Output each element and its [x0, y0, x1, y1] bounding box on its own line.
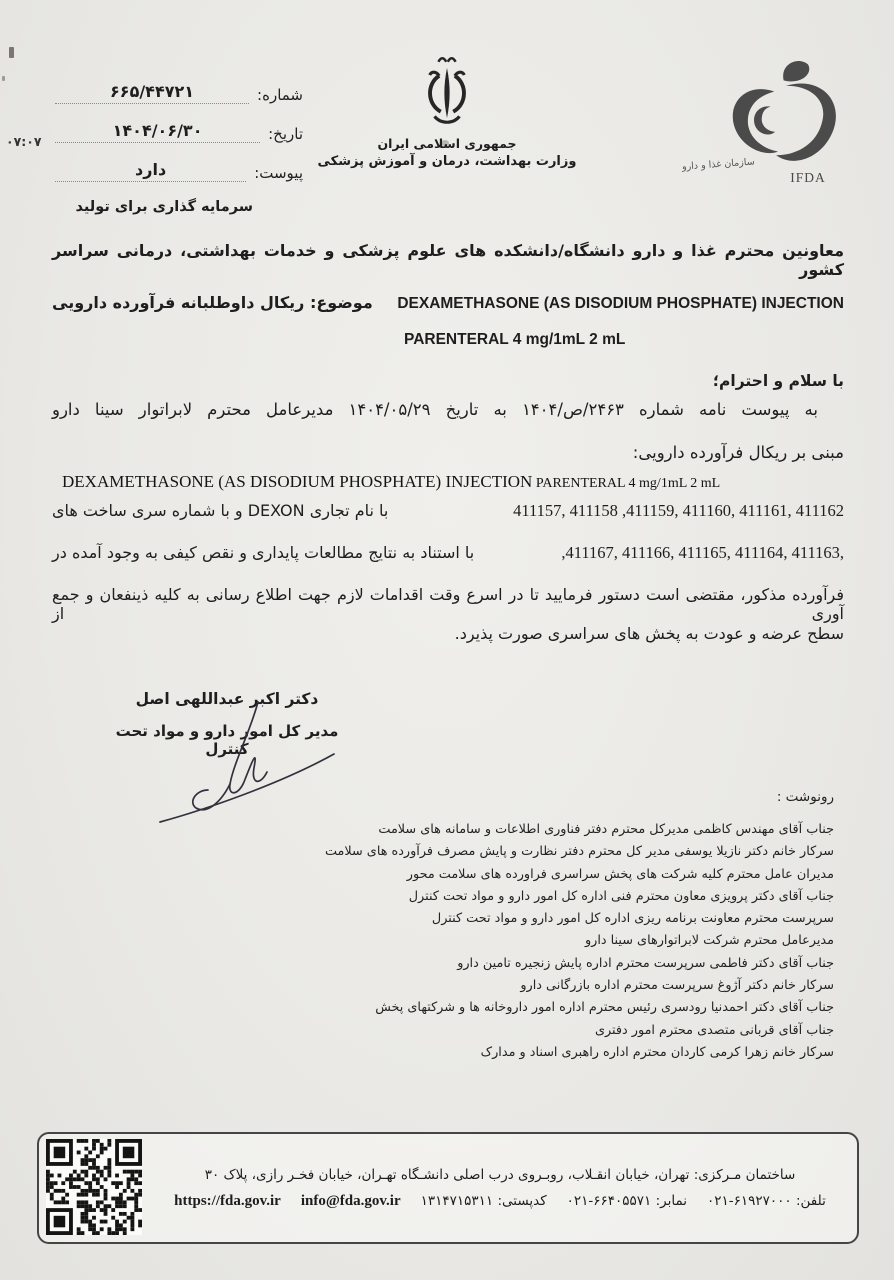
paragraph1-line2: مبنی بر ریکال فرآورده دارویی:	[52, 443, 844, 462]
production-slogan: سرمایه گذاری برای تولید	[55, 199, 253, 215]
cc-item: مدیران عامل محترم کلیه شرکت های پخش سراس…	[325, 864, 834, 886]
cc-list: جناب آقای مهندس کاظمی مدیرکل محترم دفتر …	[325, 819, 834, 1064]
batch-line-2: با استناد به نتایج مطالعات پایداری و نقص…	[52, 543, 844, 563]
subject-english: DEXAMETHASONE (AS DISODIUM PHOSPHATE) IN…	[387, 295, 844, 313]
footer-website: https://fda.gov.ir	[174, 1193, 281, 1210]
cc-item: مدیرعامل محترم شرکت لابراتوارهای سینا دا…	[325, 930, 834, 952]
product-name-line: DEXAMETHASONE (AS DISODIUM PHOSPHATE) IN…	[52, 472, 854, 492]
paragraph1-line1: به پیوست نامه شماره ۲۴۶۳/ص/۱۴۰۴ به تاریخ…	[52, 400, 844, 419]
product-spec: PARENTERAL 4 mg/1mL 2 mL	[532, 476, 720, 491]
scan-timestamp: ۰۷:۰۷	[6, 134, 42, 149]
batch-line2-numbers: ,411167, 411166, 411165, 411164, 411163,	[561, 543, 844, 563]
scanned-letter-page: شماره: ۶۶۵/۴۴۷۲۱ تاریخ: ۱۴۰۴/۰۶/۳۰ پیوست…	[0, 0, 894, 1280]
meta-row-number: شماره: ۶۶۵/۴۴۷۲۱	[55, 82, 303, 104]
product-name: DEXAMETHASONE (AS DISODIUM PHOSPHATE) IN…	[62, 472, 532, 491]
footer-email: info@fda.gov.ir	[301, 1193, 401, 1210]
attachment-value: دارد	[55, 160, 246, 182]
meta-row-date: تاریخ: ۱۴۰۴/۰۶/۳۰	[55, 121, 303, 143]
number-label: شماره:	[257, 86, 303, 104]
cc-item: سرکار خانم دکتر نازیلا یوسفی مدیر کل محت…	[325, 841, 834, 863]
cc-item: جناب آقای دکتر پرویزی معاون محترم فنی اد…	[325, 886, 834, 908]
cc-item: جناب آقای دکتر فاطمی سرپرست محترم اداره …	[325, 953, 834, 975]
scan-artifact	[9, 47, 14, 58]
subject-english-line2: PARENTERAL 4 mg/1mL 2 mL	[52, 331, 894, 349]
date-value: ۱۴۰۴/۰۶/۳۰	[55, 121, 260, 143]
number-value: ۶۶۵/۴۴۷۲۱	[55, 82, 249, 104]
cc-item: جناب آقای مهندس کاظمی مدیرکل محترم دفتر …	[325, 819, 834, 841]
meta-row-attachment: پیوست: دارد	[55, 160, 303, 182]
paragraph2-line1: فرآورده مذکور، مقتضی است دستور فرمایید ت…	[52, 585, 844, 623]
footer-postal-code: کدپستی: ۱۳۱۴۷۱۵۳۱۱	[421, 1193, 547, 1209]
republic-title: جمهوری اسلامی ایران	[317, 136, 577, 151]
attachment-label: پیوست:	[254, 164, 303, 182]
ifda-logo-block: سازمان غذا و دارو IFDA	[688, 56, 868, 186]
footer-text: ساختمان مـرکزی: تهران، خیابان انقـلاب، ر…	[157, 1134, 843, 1242]
batch-line2-persian: با استناد به نتایج مطالعات پایداری و نقص…	[52, 543, 474, 562]
ministry-header: جمهوری اسلامی ایران وزارت بهداشت، درمان …	[317, 52, 577, 169]
batch-line1-persian: با نام تجاری DEXON و با شماره سری ساخت ه…	[52, 501, 388, 520]
cc-item: سرکار خانم زهرا کرمی کاردان محترم اداره …	[325, 1042, 834, 1064]
batch-line-1: با نام تجاری DEXON و با شماره سری ساخت ه…	[52, 501, 844, 521]
cc-item: جناب آقای قربانی متصدی محترم امور دفتری	[325, 1020, 834, 1042]
footer-phone: تلفن: ۰۲۱-۶۱۹۲۷۰۰۰	[707, 1193, 826, 1209]
subject-persian: موضوع: ریکال داوطلبانه فرآورده دارویی	[52, 293, 373, 312]
cc-block: رونوشت : جناب آقای مهندس کاظمی مدیرکل مح…	[325, 789, 834, 1064]
salutation: با سلام و احترام؛	[52, 372, 844, 390]
footer-address: ساختمان مـرکزی: تهران، خیابان انقـلاب، ر…	[157, 1167, 843, 1183]
iran-emblem-icon	[317, 52, 577, 134]
addressee-line: معاونین محترم غذا و دارو دانشگاه/دانشکده…	[52, 241, 844, 279]
footer-contact-line: تلفن: ۰۲۱-۶۱۹۲۷۰۰۰ نمابر: ۰۲۱-۶۶۴۰۵۵۷۱ ک…	[157, 1193, 843, 1210]
footer-fax: نمابر: ۰۲۱-۶۶۴۰۵۵۷۱	[567, 1193, 687, 1209]
qr-code	[46, 1139, 142, 1235]
cc-label: رونوشت :	[325, 789, 834, 805]
date-label: تاریخ:	[268, 125, 303, 143]
letter-meta-block: شماره: ۶۶۵/۴۴۷۲۱ تاریخ: ۱۴۰۴/۰۶/۳۰ پیوست…	[55, 82, 303, 215]
paragraph2-line2: سطح عرضه و عودت به پخش های سراسری صورت پ…	[52, 624, 844, 643]
scan-artifact	[2, 76, 5, 81]
footer-box: ساختمان مـرکزی: تهران، خیابان انقـلاب، ر…	[37, 1132, 859, 1244]
cc-item: سرکار خانم دکتر آژوغ سرپرست محترم اداره …	[325, 975, 834, 997]
cc-item: سرپرست محترم معاونت برنامه ریزی اداره کل…	[325, 908, 834, 930]
batch-line1-numbers: 411157, 411158 ,411159, 411160, 411161, …	[513, 501, 844, 521]
subject-line: موضوع: ریکال داوطلبانه فرآورده دارویی DE…	[52, 293, 844, 313]
ministry-title: وزارت بهداشت، درمان و آموزش پزشکی	[317, 154, 577, 169]
cc-item: جناب آقای دکتر احمدنیا رودسری رئیس محترم…	[325, 997, 834, 1019]
